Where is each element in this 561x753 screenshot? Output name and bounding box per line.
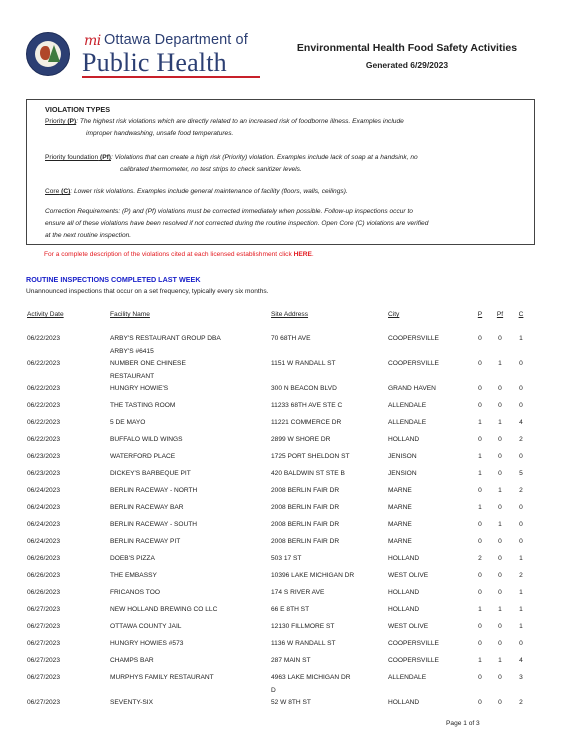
table-row-city: JENISON bbox=[388, 450, 417, 463]
table-row-p-count: 0 bbox=[475, 535, 485, 548]
column-header-c: C bbox=[516, 308, 526, 321]
correction-requirements-1: Correction Requirements: (P) and (Pf) vi… bbox=[45, 206, 413, 218]
table-row-facility-name: DICKEY'S BARBEQUE PIT bbox=[110, 467, 191, 480]
table-row-pf-count: 0 bbox=[495, 535, 505, 548]
logo-line-1: Ottawa Department of bbox=[104, 32, 248, 48]
generated-date: Generated 6/29/2023 bbox=[280, 60, 534, 70]
table-row-facility-name: BUFFALO WILD WINGS bbox=[110, 433, 183, 446]
correction-requirements-2: ensure all of these violations have been… bbox=[45, 218, 428, 230]
table-row-activity-date: 06/26/2023 bbox=[27, 552, 60, 565]
table-row-p-count: 0 bbox=[475, 620, 485, 633]
table-row-facility-name: FRICANOS TOO bbox=[110, 586, 160, 599]
table-row-c-count: 5 bbox=[516, 467, 526, 480]
table-row-c-count: 0 bbox=[516, 535, 526, 548]
table-row-p-count: 0 bbox=[475, 671, 485, 684]
table-row-c-count: 4 bbox=[516, 416, 526, 429]
table-row-c-count: 2 bbox=[516, 696, 526, 709]
table-row-city: COOPERSVILLE bbox=[388, 357, 439, 370]
table-row-activity-date: 06/24/2023 bbox=[27, 501, 60, 514]
table-row-facility-name: ARBY'S #6415 bbox=[110, 345, 154, 358]
table-row-p-count: 0 bbox=[475, 382, 485, 395]
table-row-site-address: 66 E 8TH ST bbox=[271, 603, 309, 616]
section-subtitle: Unannounced inspections that occur on a … bbox=[26, 288, 269, 295]
table-row-city: COOPERSVILLE bbox=[388, 332, 439, 345]
logo-line-2: Public Health bbox=[82, 48, 227, 78]
table-row-activity-date: 06/27/2023 bbox=[27, 696, 60, 709]
table-row-pf-count: 0 bbox=[495, 433, 505, 446]
table-row-activity-date: 06/24/2023 bbox=[27, 535, 60, 548]
table-row-city: MARNE bbox=[388, 501, 412, 514]
table-row-city: HOLLAND bbox=[388, 433, 419, 446]
table-row-facility-name: WATERFORD PLACE bbox=[110, 450, 175, 463]
table-row-c-count: 0 bbox=[516, 357, 526, 370]
table-row-activity-date: 06/22/2023 bbox=[27, 382, 60, 395]
table-row-p-count: 0 bbox=[475, 637, 485, 650]
department-logo: mi Ottawa Department of Public Health bbox=[24, 26, 264, 78]
table-row-city: HOLLAND bbox=[388, 586, 419, 599]
table-row-pf-count: 1 bbox=[495, 654, 505, 667]
county-seal-icon bbox=[26, 32, 70, 76]
table-row-activity-date: 06/22/2023 bbox=[27, 416, 60, 429]
column-header-activity-date: Activity Date bbox=[27, 308, 64, 321]
table-row-activity-date: 06/22/2023 bbox=[27, 433, 60, 446]
core-definition: Core (C): Lower risk violations. Example… bbox=[45, 186, 348, 198]
table-row-c-count: 0 bbox=[516, 501, 526, 514]
violation-types-box: VIOLATION TYPES Priority (P): The highes… bbox=[26, 99, 535, 245]
table-row-activity-date: 06/26/2023 bbox=[27, 586, 60, 599]
table-row-site-address: 420 BALDWIN ST STE B bbox=[271, 467, 345, 480]
table-row-activity-date: 06/24/2023 bbox=[27, 484, 60, 497]
here-link[interactable]: HERE bbox=[294, 251, 312, 258]
table-row-p-count: 1 bbox=[475, 416, 485, 429]
table-row-site-address: 12130 FILLMORE ST bbox=[271, 620, 334, 633]
table-row-pf-count: 1 bbox=[495, 603, 505, 616]
table-row-facility-name: HUNGRY HOWIES #573 bbox=[110, 637, 183, 650]
report-title: Environmental Health Food Safety Activit… bbox=[280, 42, 534, 54]
table-row-facility-name: MURPHYS FAMILY RESTAURANT bbox=[110, 671, 214, 684]
table-row-site-address: 2008 BERLIN FAIR DR bbox=[271, 501, 339, 514]
priority-definition: Priority (P): The highest risk violation… bbox=[45, 116, 404, 128]
table-row-activity-date: 06/27/2023 bbox=[27, 637, 60, 650]
table-row-city: MARNE bbox=[388, 484, 412, 497]
table-row-p-count: 1 bbox=[475, 501, 485, 514]
table-row-facility-name: BERLIN RACEWAY - SOUTH bbox=[110, 518, 197, 531]
table-row-facility-name: THE EMBASSY bbox=[110, 569, 157, 582]
table-row-pf-count: 0 bbox=[495, 399, 505, 412]
table-row-p-count: 1 bbox=[475, 467, 485, 480]
priority-term: Priority (P) bbox=[45, 118, 76, 125]
violation-types-heading: VIOLATION TYPES bbox=[45, 105, 110, 114]
table-row-site-address: 1151 W RANDALL ST bbox=[271, 357, 336, 370]
table-row-pf-count: 0 bbox=[495, 637, 505, 650]
column-header-site-address: Site Address bbox=[271, 308, 308, 321]
table-row-pf-count: 0 bbox=[495, 332, 505, 345]
table-row-site-address: 300 N BEACON BLVD bbox=[271, 382, 337, 395]
table-row-pf-count: 0 bbox=[495, 552, 505, 565]
column-header-pf: Pf bbox=[495, 308, 505, 321]
table-row-site-address: 174 S RIVER AVE bbox=[271, 586, 324, 599]
table-row-site-address: 4963 LAKE MICHIGAN DR bbox=[271, 671, 351, 684]
table-row-p-count: 0 bbox=[475, 518, 485, 531]
table-row-p-count: 0 bbox=[475, 586, 485, 599]
table-row-c-count: 0 bbox=[516, 450, 526, 463]
table-row-pf-count: 0 bbox=[495, 569, 505, 582]
table-row-pf-count: 1 bbox=[495, 357, 505, 370]
priority-foundation-definition-cont: calibrated thermometer, no test strips t… bbox=[45, 164, 302, 176]
violations-link-line: For a complete description of the violat… bbox=[44, 251, 314, 258]
table-row-site-address: 70 68TH AVE bbox=[271, 332, 310, 345]
table-row-pf-count: 0 bbox=[495, 501, 505, 514]
table-row-site-address: 287 MAIN ST bbox=[271, 654, 311, 667]
table-row-c-count: 1 bbox=[516, 332, 526, 345]
page-number: Page 1 of 3 bbox=[446, 720, 480, 727]
logo-divider bbox=[82, 76, 260, 78]
correction-requirements-3: at the next routine inspection. bbox=[45, 230, 131, 242]
table-row-activity-date: 06/22/2023 bbox=[27, 357, 60, 370]
column-header-city: City bbox=[388, 308, 399, 321]
table-row-facility-name: CHAMPS BAR bbox=[110, 654, 154, 667]
column-header-facility-name: Facility Name bbox=[110, 308, 150, 321]
table-row-facility-name: SEVENTY-SIX bbox=[110, 696, 153, 709]
table-row-facility-name: 5 DE MAYO bbox=[110, 416, 145, 429]
table-row-city: GRAND HAVEN bbox=[388, 382, 436, 395]
logo-prefix: mi bbox=[84, 33, 101, 49]
table-row-p-count: 0 bbox=[475, 484, 485, 497]
table-row-c-count: 1 bbox=[516, 603, 526, 616]
table-row-site-address: 2899 W SHORE DR bbox=[271, 433, 330, 446]
table-row-activity-date: 06/27/2023 bbox=[27, 671, 60, 684]
report-page: mi Ottawa Department of Public Health En… bbox=[0, 0, 561, 753]
core-term: Core (C) bbox=[45, 188, 70, 195]
table-row-activity-date: 06/22/2023 bbox=[27, 399, 60, 412]
table-row-city: ALLENDALE bbox=[388, 416, 426, 429]
table-row-activity-date: 06/27/2023 bbox=[27, 603, 60, 616]
table-row-facility-name: THE TASTING ROOM bbox=[110, 399, 175, 412]
table-row-city: COOPERSVILLE bbox=[388, 637, 439, 650]
table-row-p-count: 0 bbox=[475, 433, 485, 446]
table-row-p-count: 1 bbox=[475, 654, 485, 667]
table-row-city: HOLLAND bbox=[388, 696, 419, 709]
table-row-p-count: 0 bbox=[475, 399, 485, 412]
table-row-activity-date: 06/24/2023 bbox=[27, 518, 60, 531]
table-row-city: HOLLAND bbox=[388, 552, 419, 565]
table-row-c-count: 1 bbox=[516, 586, 526, 599]
table-row-c-count: 0 bbox=[516, 518, 526, 531]
table-row-activity-date: 06/27/2023 bbox=[27, 654, 60, 667]
table-row-site-address: 2008 BERLIN FAIR DR bbox=[271, 535, 339, 548]
table-row-facility-name: BERLIN RACEWAY BAR bbox=[110, 501, 184, 514]
table-row-facility-name: BERLIN RACEWAY PIT bbox=[110, 535, 180, 548]
table-row-facility-name: RESTAURANT bbox=[110, 370, 154, 383]
table-row-site-address: D bbox=[271, 684, 276, 697]
table-row-p-count: 0 bbox=[475, 696, 485, 709]
table-row-facility-name: DOEB'S PIZZA bbox=[110, 552, 155, 565]
table-row-city: HOLLAND bbox=[388, 603, 419, 616]
table-row-p-count: 1 bbox=[475, 450, 485, 463]
table-row-site-address: 503 17 ST bbox=[271, 552, 301, 565]
table-row-c-count: 3 bbox=[516, 671, 526, 684]
table-row-facility-name: ARBY'S RESTAURANT GROUP DBA bbox=[110, 332, 221, 345]
table-row-c-count: 1 bbox=[516, 620, 526, 633]
table-row-facility-name: OTTAWA COUNTY JAIL bbox=[110, 620, 181, 633]
priority-definition-cont: improper handwashing, unsafe food temper… bbox=[45, 128, 233, 140]
table-row-site-address: 2008 BERLIN FAIR DR bbox=[271, 484, 339, 497]
table-row-activity-date: 06/23/2023 bbox=[27, 450, 60, 463]
table-row-site-address: 11233 68TH AVE STE C bbox=[271, 399, 342, 412]
table-row-c-count: 2 bbox=[516, 433, 526, 446]
table-row-facility-name: NUMBER ONE CHINESE bbox=[110, 357, 186, 370]
table-row-pf-count: 0 bbox=[495, 671, 505, 684]
table-row-site-address: 1725 PORT SHELDON ST bbox=[271, 450, 350, 463]
table-row-c-count: 4 bbox=[516, 654, 526, 667]
table-row-city: JENSION bbox=[388, 467, 417, 480]
table-row-c-count: 1 bbox=[516, 552, 526, 565]
table-row-pf-count: 1 bbox=[495, 484, 505, 497]
table-row-c-count: 0 bbox=[516, 637, 526, 650]
table-row-city: WEST OLIVE bbox=[388, 620, 428, 633]
table-row-site-address: 10396 LAKE MICHIGAN DR bbox=[271, 569, 354, 582]
table-row-city: WEST OLIVE bbox=[388, 569, 428, 582]
table-row-pf-count: 1 bbox=[495, 416, 505, 429]
section-title: ROUTINE INSPECTIONS COMPLETED LAST WEEK bbox=[26, 275, 201, 284]
table-row-c-count: 2 bbox=[516, 569, 526, 582]
table-row-p-count: 0 bbox=[475, 569, 485, 582]
priority-foundation-term: Priority foundation (Pf) bbox=[45, 154, 111, 161]
table-row-facility-name: BERLIN RACEWAY - NORTH bbox=[110, 484, 197, 497]
table-row-pf-count: 0 bbox=[495, 450, 505, 463]
table-row-pf-count: 0 bbox=[495, 586, 505, 599]
table-row-pf-count: 0 bbox=[495, 620, 505, 633]
table-row-facility-name: HUNGRY HOWIE'S bbox=[110, 382, 168, 395]
table-row-p-count: 1 bbox=[475, 603, 485, 616]
priority-foundation-definition: Priority foundation (Pf): Violations tha… bbox=[45, 152, 418, 164]
table-row-city: ALLENDALE bbox=[388, 399, 426, 412]
table-row-facility-name: NEW HOLLAND BREWING CO LLC bbox=[110, 603, 217, 616]
table-row-c-count: 0 bbox=[516, 382, 526, 395]
table-row-site-address: 2008 BERLIN FAIR DR bbox=[271, 518, 339, 531]
table-row-pf-count: 1 bbox=[495, 518, 505, 531]
table-row-site-address: 11221 COMMERCE DR bbox=[271, 416, 341, 429]
table-row-city: COOPERSVILLE bbox=[388, 654, 439, 667]
table-row-site-address: 1136 W RANDALL ST bbox=[271, 637, 336, 650]
table-row-pf-count: 0 bbox=[495, 696, 505, 709]
column-header-p: P bbox=[475, 308, 485, 321]
table-row-activity-date: 06/22/2023 bbox=[27, 332, 60, 345]
table-row-city: ALLENDALE bbox=[388, 671, 426, 684]
table-row-pf-count: 0 bbox=[495, 382, 505, 395]
table-row-p-count: 2 bbox=[475, 552, 485, 565]
table-row-activity-date: 06/23/2023 bbox=[27, 467, 60, 480]
table-row-city: MARNE bbox=[388, 518, 412, 531]
table-row-site-address: 52 W 8TH ST bbox=[271, 696, 311, 709]
table-row-pf-count: 0 bbox=[495, 467, 505, 480]
table-row-activity-date: 06/26/2023 bbox=[27, 569, 60, 582]
table-row-p-count: 0 bbox=[475, 357, 485, 370]
table-row-c-count: 2 bbox=[516, 484, 526, 497]
table-row-c-count: 0 bbox=[516, 399, 526, 412]
table-row-city: MARNE bbox=[388, 535, 412, 548]
table-row-p-count: 0 bbox=[475, 332, 485, 345]
table-row-activity-date: 06/27/2023 bbox=[27, 620, 60, 633]
